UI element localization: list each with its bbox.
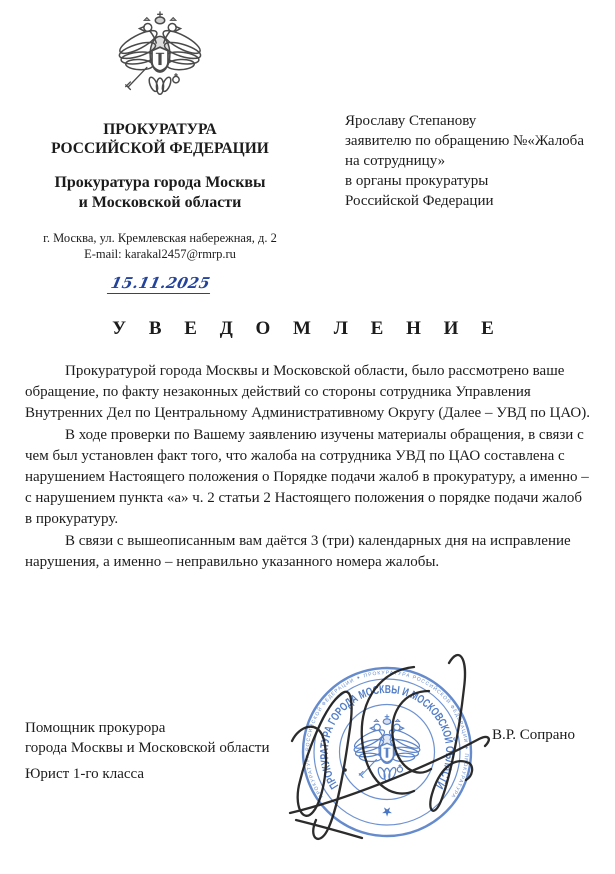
signature-ink-icon xyxy=(270,640,510,870)
paragraph-1: Прокуратурой города Москвы и Московской … xyxy=(25,361,592,425)
org-address: г. Москва, ул. Кремлевская набережная, д… xyxy=(8,231,312,262)
recipient-block: Ярославу Степанову заявителю по обращени… xyxy=(345,111,600,211)
document-title: У В Е Д О М Л Е Н И Е xyxy=(0,318,615,340)
coat-of-arms-russia xyxy=(113,8,207,108)
date-line: 15.11.2025 xyxy=(25,274,295,294)
letter-body: Прокуратурой города Москвы и Московской … xyxy=(25,361,592,573)
letterhead: ПРОКУРАТУРА РОССИЙСКОЙ ФЕДЕРАЦИИ Прокура… xyxy=(25,120,295,213)
handwritten-signature xyxy=(270,640,510,870)
paragraph-3: В связи с вышеописанным вам даётся 3 (тр… xyxy=(25,531,592,573)
letter-page: { "letterhead": { "org_name": "ПРОКУРАТУ… xyxy=(0,0,615,874)
paragraph-2: В ходе проверки по Вашему заявлению изуч… xyxy=(25,425,592,531)
org-name: ПРОКУРАТУРА РОССИЙСКОЙ ФЕДЕРАЦИИ xyxy=(25,120,295,158)
org-division: Прокуратура города Москвы и Московской о… xyxy=(25,173,295,213)
handwritten-date: 15.11.2025 xyxy=(106,274,213,294)
double-headed-eagle-icon xyxy=(113,8,207,108)
